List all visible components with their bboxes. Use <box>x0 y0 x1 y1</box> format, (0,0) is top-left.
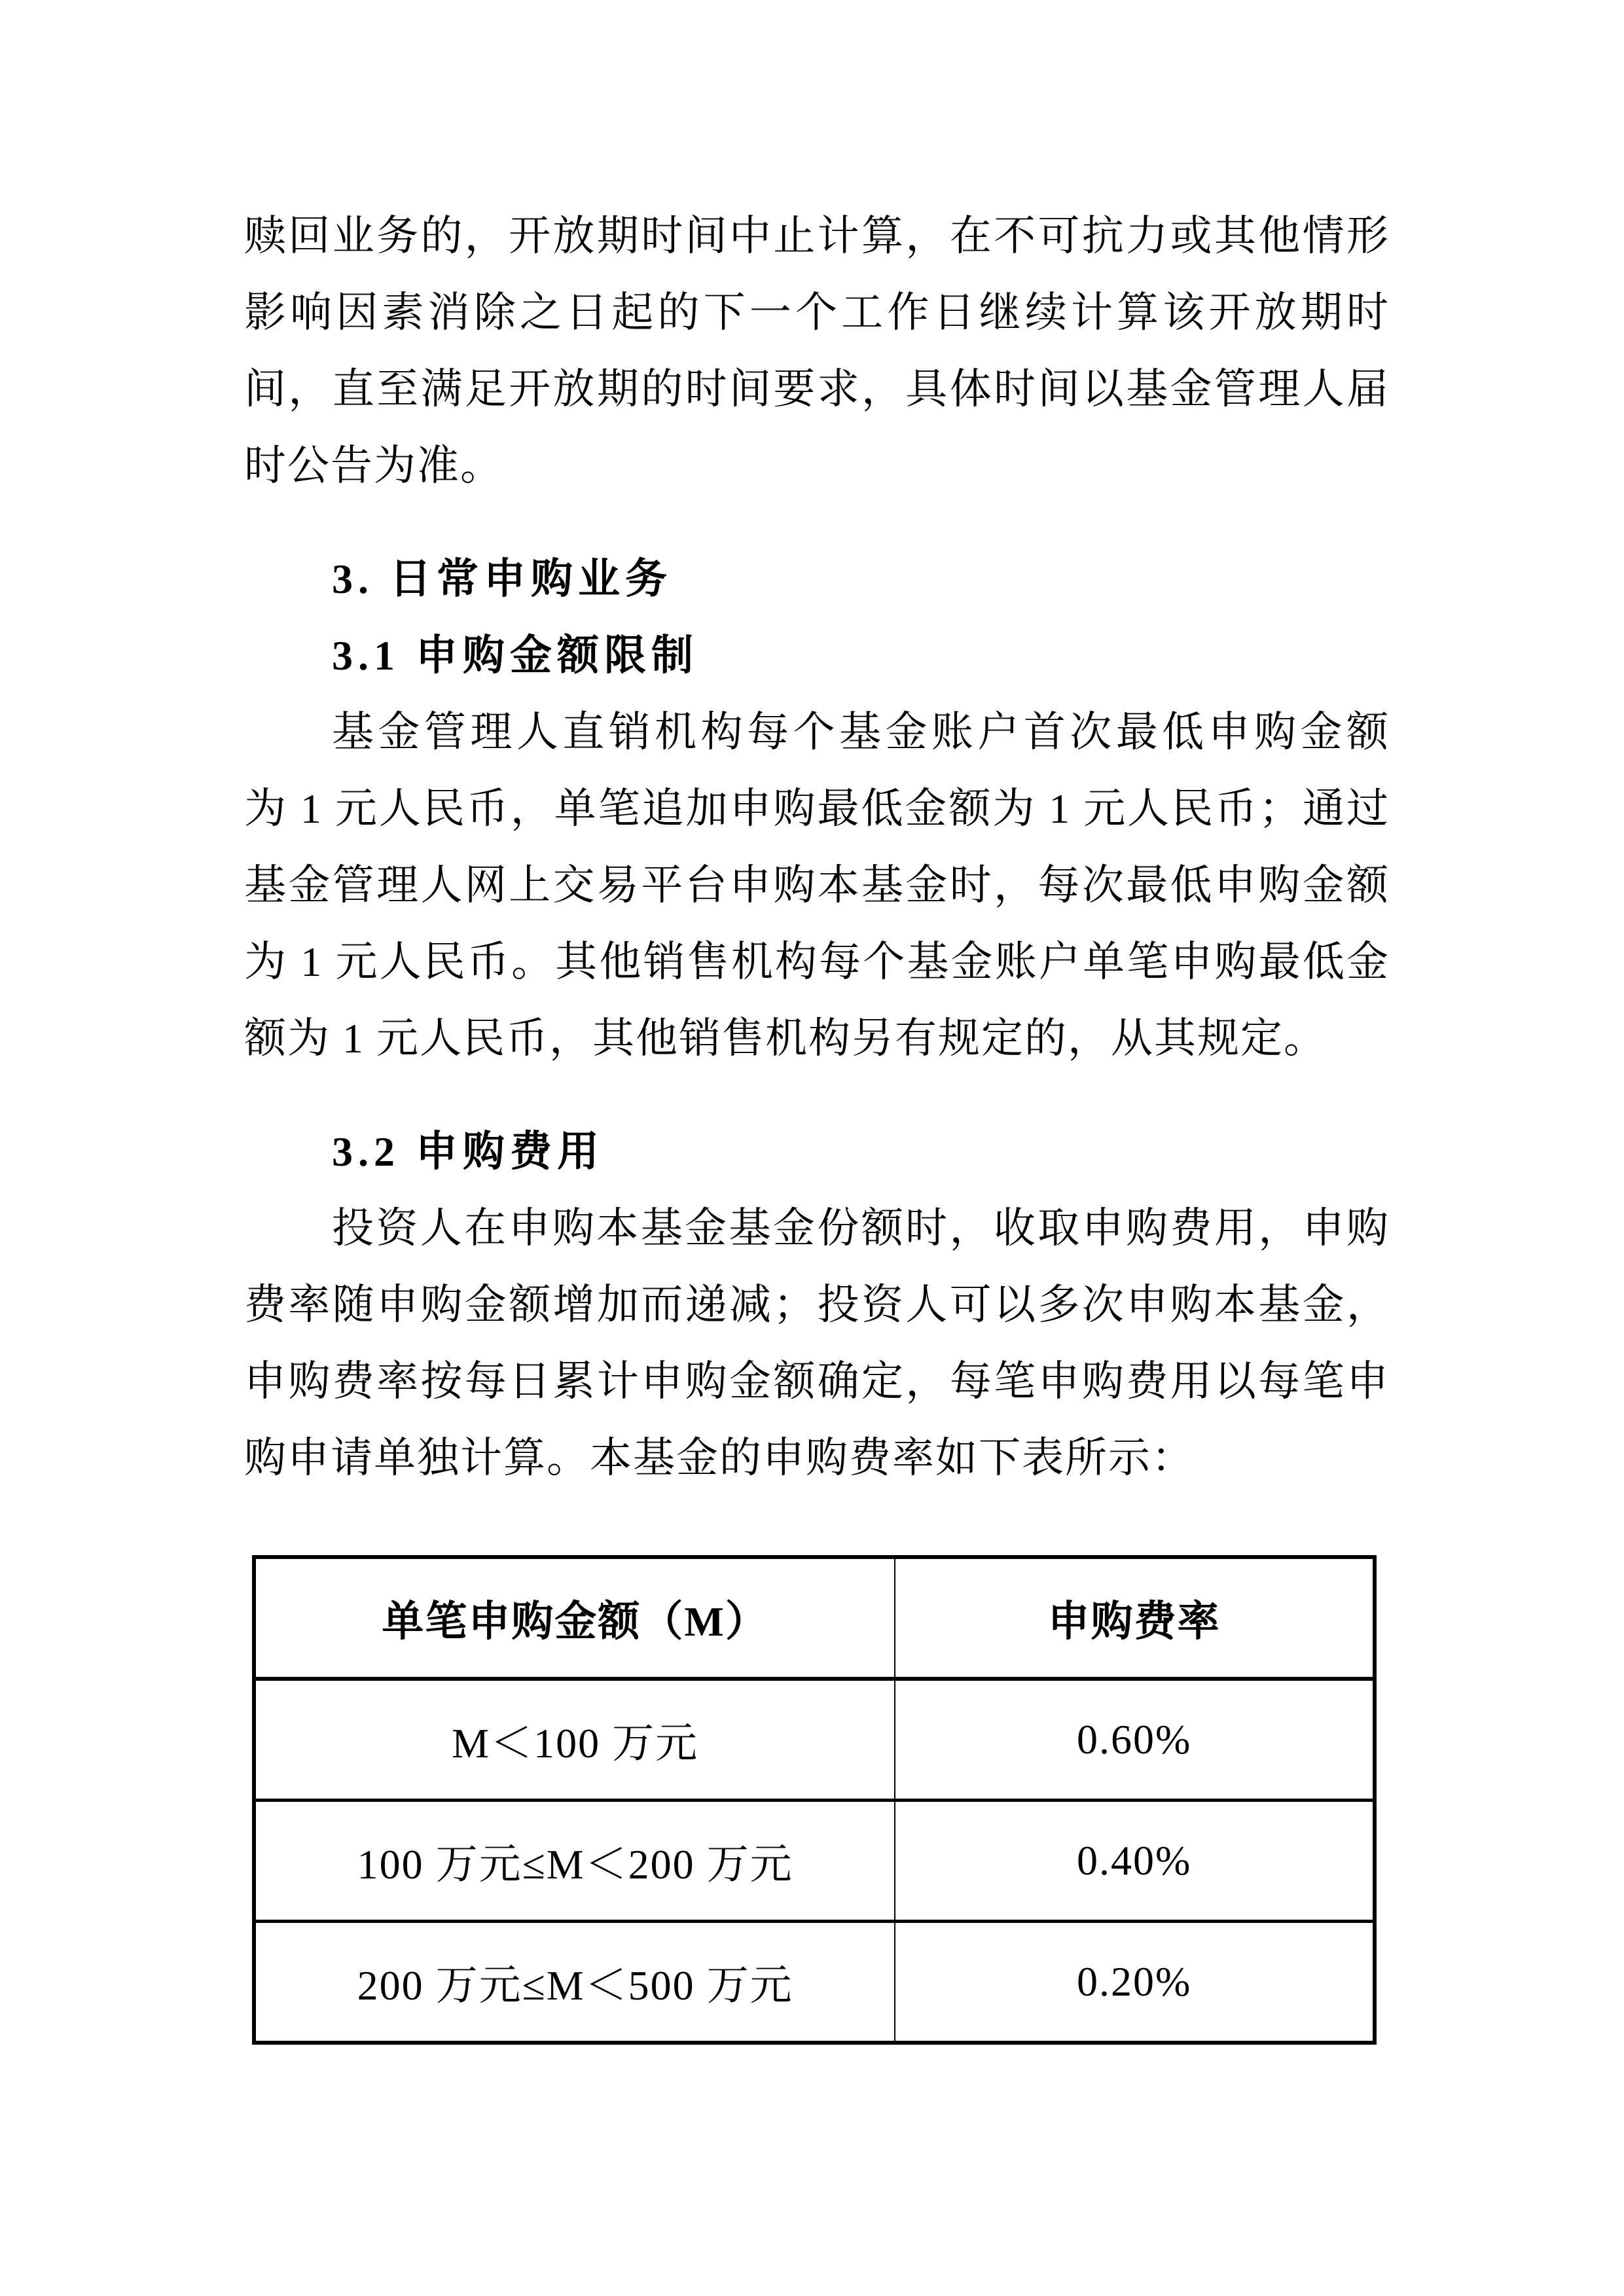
table-row: M＜100 万元0.60% <box>254 1679 1375 1801</box>
table-cell: 100 万元≤M＜200 万元 <box>254 1801 895 1922</box>
purchase-fee-table: 单笔申购金额（M） 申购费率 M＜100 万元0.60%100 万元≤M＜200… <box>252 1555 1377 2045</box>
text-line: 购申请单独计算。本基金的申购费率如下表所示： <box>244 1420 1390 1496</box>
text-line: 基金管理人网上交易平台申购本基金时，每次最低申购金额 <box>244 847 1390 924</box>
text-line: 赎回业务的，开放期时间中止计算，在不可抗力或其他情形 <box>244 198 1390 274</box>
col-header-amount: 单笔申购金额（M） <box>254 1557 895 1679</box>
table-row: 200 万元≤M＜500 万元0.20% <box>254 1922 1375 2043</box>
text-line: 额为 1 元人民币，其他销售机构另有规定的，从其规定。 <box>244 1000 1390 1077</box>
table-cell: 200 万元≤M＜500 万元 <box>254 1922 895 2043</box>
text-line: 基金管理人直销机构每个基金账户首次最低申购金额 <box>244 694 1390 770</box>
text-line: 投资人在申购本基金基金份额时，收取申购费用，申购 <box>244 1190 1390 1266</box>
col-header-rate: 申购费率 <box>895 1557 1375 1679</box>
table-cell: M＜100 万元 <box>254 1679 895 1801</box>
document-body: 赎回业务的，开放期时间中止计算，在不可抗力或其他情形影响因素消除之日起的下一个工… <box>0 0 1390 2045</box>
table-header-row: 单笔申购金额（M） 申购费率 <box>254 1557 1375 1679</box>
table-body: M＜100 万元0.60%100 万元≤M＜200 万元0.40%200 万元≤… <box>254 1679 1375 2043</box>
paragraph-purchase-minimums: 基金管理人直销机构每个基金账户首次最低申购金额为 1 元人民币，单笔追加申购最低… <box>244 694 1390 1077</box>
text-line: 费率随申购金额增加而递减；投资人可以多次申购本基金， <box>244 1266 1390 1343</box>
text-line: 时公告为准。 <box>244 427 1390 504</box>
text-line: 为 1 元人民币。其他销售机构每个基金账户单笔申购最低金 <box>244 924 1390 1000</box>
text-line: 影响因素消除之日起的下一个工作日继续计算该开放期时 <box>244 274 1390 351</box>
text-line: 间，直至满足开放期的时间要求，具体时间以基金管理人届 <box>244 351 1390 427</box>
table-cell: 0.20% <box>895 1922 1375 2043</box>
document-page: 赎回业务的，开放期时间中止计算，在不可抗力或其他情形影响因素消除之日起的下一个工… <box>0 0 1624 2296</box>
text-line: 为 1 元人民币，单笔追加申购最低金额为 1 元人民币；通过 <box>244 770 1390 847</box>
text-line: 申购费率按每日累计申购金额确定，每笔申购费用以每笔申 <box>244 1343 1390 1420</box>
section-heading-3-1: 3.1 申购金额限制 <box>244 617 1390 694</box>
paragraph-redemption-continuation: 赎回业务的，开放期时间中止计算，在不可抗力或其他情形影响因素消除之日起的下一个工… <box>244 198 1390 504</box>
table-cell: 0.40% <box>895 1801 1375 1922</box>
table-cell: 0.60% <box>895 1679 1375 1801</box>
section-heading-3: 3. 日常申购业务 <box>244 541 1390 617</box>
paragraph-purchase-fees: 投资人在申购本基金基金份额时，收取申购费用，申购费率随申购金额增加而递减；投资人… <box>244 1190 1390 1496</box>
section-heading-3-2: 3.2 申购费用 <box>244 1113 1390 1190</box>
table-row: 100 万元≤M＜200 万元0.40% <box>254 1801 1375 1922</box>
